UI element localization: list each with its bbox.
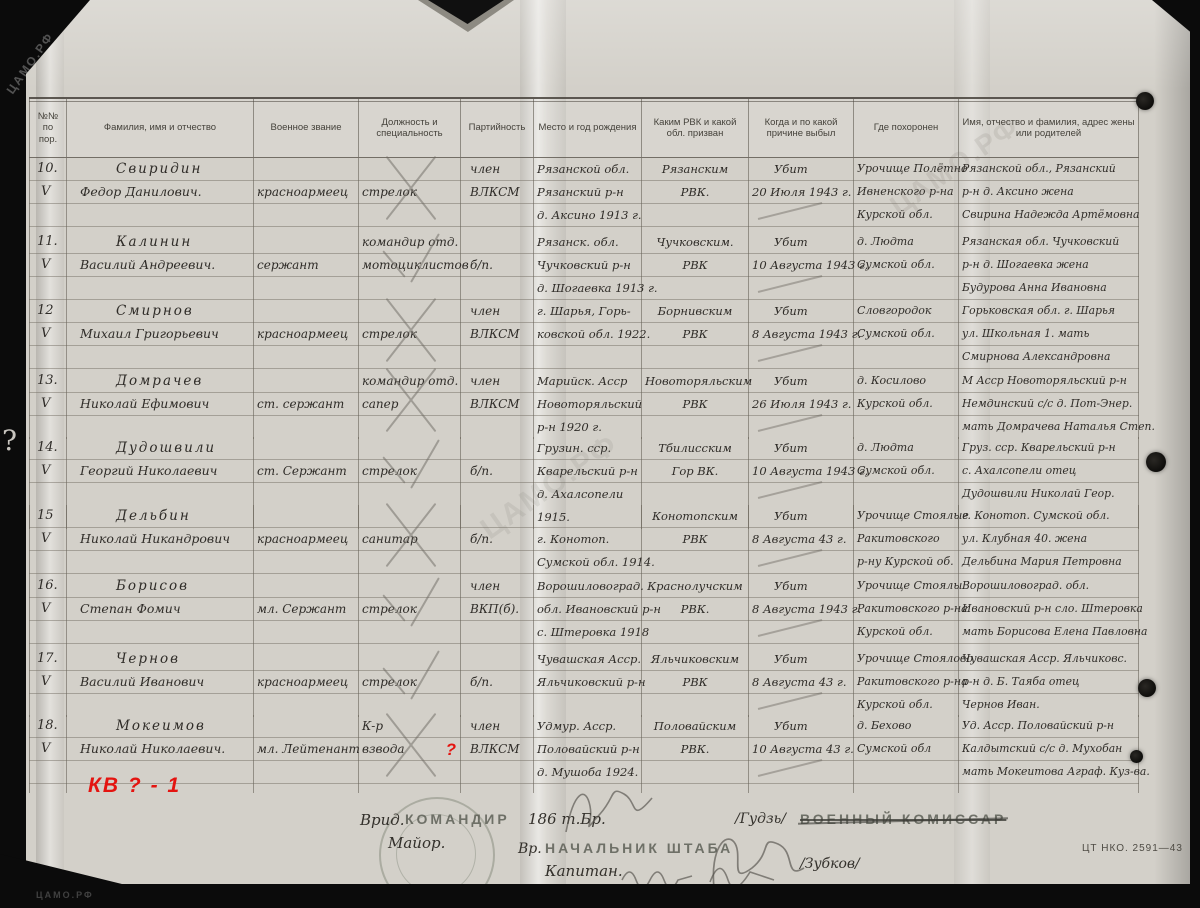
row-number-cell: 18.V [29,715,67,793]
birth-cell: г. Шарья, Горь-ковской обл. 1922. [534,300,642,370]
fate-text: Убит20 Июля 1943 г. [752,158,850,204]
duty-cell: командир отд.сапер [359,370,461,439]
punch-hole [1146,452,1166,472]
name-cell: ДомрачевНиколай Ефимович [67,370,254,439]
duty-text: командир отд.мотоциклистов [362,231,457,277]
duty-text: стрелок [362,437,457,483]
row-number-cell: 15V [29,505,67,575]
col-header-name: Фамилия, имя и отчество [67,99,254,157]
fate-cell: Убит26 Июля 1943 г. [749,370,854,439]
col-header-fate: Когда и по какой причине выбыл [749,99,854,157]
duty-text: стрелок [362,648,457,694]
col-header-duty: Должность и специальность [359,99,461,157]
party-cell: членВЛКСМ [461,158,534,231]
rank-cell: сержант [254,231,359,300]
rank-cell: красноармеец [254,648,359,717]
table-row: 13.V ДомрачевНиколай Ефимович ст. сержан… [29,370,1139,437]
pencil-flourish [758,414,822,431]
family-cell: Ворошиловоград. обл.Ивановский р-н сло. … [959,575,1139,648]
party-cell: членВЛКСМ [461,300,534,370]
family-cell: Рязанская обл. Чучковскийр-н д. Шогаевка… [959,231,1139,300]
pencil-flourish [758,481,822,498]
handwritten-vrid: Врид. [360,811,405,829]
name-cell: ЧерновВасилий Иванович [67,648,254,717]
duty-cell: командир отд.мотоциклистов [359,231,461,300]
duty-cell: стрелок [359,158,461,231]
form-number: ЦТ НКО. 2591—43 [1082,843,1183,854]
duty-cell: К-рвзвода ? [359,715,461,793]
family-cell: Горьковская обл. г. Шарьяул. Школьная 1.… [959,300,1139,370]
margin-question-mark: ? [2,424,17,457]
duty-text: стрелок [362,300,457,346]
fate-text: Убит8 Августа 43 г. [752,505,850,551]
buried-cell: Урочище ПолётноИвненского р-наКурской об… [854,158,959,231]
row-number-cell: 13.V [29,370,67,439]
col-header-number: №№ по пор. [29,99,67,157]
handwritten-vr: Вр. [518,841,542,857]
col-header-buried: Где похоронен [854,99,959,157]
rank-cell: красноармеец [254,300,359,370]
name-cell: СмирновМихаил Григорьевич [67,300,254,370]
punch-hole [1136,92,1154,110]
row-number-cell: 12V [29,300,67,370]
family-cell: Чувашская Асср. Яльчиковс.р-н д. Б. Таяб… [959,648,1139,717]
table-row: 12V СмирновМихаил Григорьевич красноарме… [29,300,1139,370]
fate-text: Убит10 Августа 1943 г. [752,231,850,277]
fate-cell: Убит8 Августа 43 г. [749,505,854,575]
family-cell: г. Конотоп. Сумской обл.ул. Клубная 40. … [959,505,1139,575]
punch-hole [1138,679,1156,697]
red-question-mark: ? [446,740,456,760]
rvk-cell: Чучковским.РВК [642,231,749,300]
table-row: 15V ДельбинНиколай Никандрович красноарм… [29,505,1139,575]
duty-cell: санитар [359,505,461,575]
table-row: 16.V БорисовСтепан Фомич мл. Сержант стр… [29,575,1139,648]
pencil-flourish [758,549,822,566]
duty-cell: стрелок [359,575,461,648]
fate-text: Убит8 Августа 1943 г. [752,575,850,621]
buried-cell: Урочище СтоялыеРакитовскогор-ну Курской … [854,505,959,575]
rank-cell: красноармеец [254,158,359,231]
col-header-party: Партийность [461,99,534,157]
fate-cell: Убит10 Августа 43 г. [749,715,854,793]
row-number-cell: 17.V [29,648,67,717]
rank-cell: ст. сержант [254,370,359,439]
party-cell: членВЛКСМ [461,370,534,439]
casualty-table: №№ по пор. Фамилия, имя и отчество Военн… [29,97,1139,793]
party-cell: б/п. [461,505,534,575]
fate-cell: Убит10 Августа 1943 г. [749,231,854,300]
pencil-flourish [758,759,822,776]
col-header-birth: Место и год рождения [534,99,642,157]
fate-cell: Убит8 Августа 43 г. [749,648,854,717]
party-cell: б/п. [461,231,534,300]
scan-border-bottom [0,884,1200,908]
birth-cell: Рязанской обл.Рязанский р-нд. Аксино 191… [534,158,642,231]
row-number-cell: 16.V [29,575,67,648]
scan-border-right [1191,0,1200,908]
rank-cell: мл. Лейтенант [254,715,359,793]
fate-cell: Убит8 Августа 1943 г. [749,300,854,370]
buried-cell: Урочище СтояловоРакитовского р-наКурской… [854,648,959,717]
red-annotation: КВ ? - 1 [88,774,181,798]
duty-text: стрелок [362,575,457,621]
party-cell: членВЛКСМ [461,715,534,793]
pencil-flourish [758,344,822,361]
paper-light-band [26,0,1190,90]
name-cell: СвиридинФедор Данилович. [67,158,254,231]
name-cell: КалининВасилий Андреевич. [67,231,254,300]
col-header-family: Имя, отчество и фамилия, адрес жены или … [959,99,1139,157]
birth-cell: Ворошиловоград.обл. Ивановский р-нс. Ште… [534,575,642,648]
rvk-cell: КонотопскимРВК [642,505,749,575]
table-row: 17.V ЧерновВасилий Иванович красноармеец… [29,648,1139,715]
col-header-rank: Военное звание [254,99,359,157]
paper-edge-shadow [1154,0,1190,888]
name-cell: БорисовСтепан Фомич [67,575,254,648]
buried-cell: СловгородокСумской обл. [854,300,959,370]
family-cell: М Асср Новоторяльский р-нНемдинский с/с … [959,370,1139,439]
rvk-cell: ЯльчиковскимРВК [642,648,749,717]
row-number-cell: 11.V [29,231,67,300]
signature-name-gudz: /Гудзь/ [735,811,786,827]
buried-cell: д. КосиловоКурской обл. [854,370,959,439]
pencil-flourish [758,275,822,292]
duty-cell: стрелок [359,300,461,370]
buried-cell: Урочище СтоялыРакитовского р-наКурской о… [854,575,959,648]
birth-cell: Чувашская Асср.Яльчиковский р-н [534,648,642,717]
duty-text: К-рвзвода [362,715,457,761]
rvk-cell: НовоторяльскимРВК [642,370,749,439]
table-row: 10.V СвиридинФедор Данилович. красноарме… [29,158,1139,231]
duty-text: стрелок [362,158,457,204]
family-cell: Рязанской обл., Рязанскийр-н д. Аксино ж… [959,158,1139,231]
rvk-cell: КраснолучскимРВК. [642,575,749,648]
fate-text: Убит10 Августа 43 г. [752,715,850,761]
buried-cell: д. БеховоСумской обл [854,715,959,793]
fate-text: Убит10 Августа 1943 г. [752,437,850,483]
party-cell: б/п. [461,648,534,717]
pencil-flourish [758,202,822,219]
fate-text: Убит26 Июля 1943 г. [752,370,850,416]
table-body: 10.V СвиридинФедор Данилович. красноарме… [29,158,1139,793]
table-row: 11.V КалининВасилий Андреевич. сержант к… [29,231,1139,300]
row-number-cell: 10.V [29,158,67,231]
buried-cell: д. ЛюдтаСумской обл. [854,231,959,300]
birth-cell: Марийск. АссрНовоторяльскийр-н 1920 г. [534,370,642,439]
fate-cell: Убит8 Августа 1943 г. [749,575,854,648]
rank-cell: красноармеец [254,505,359,575]
scanned-document-page: №№ по пор. Фамилия, имя и отчество Военн… [0,0,1200,908]
col-header-rvk: Каким РВК и какой обл. призван [642,99,749,157]
printed-commander: КОМАНДИР [405,811,510,827]
party-cell: членВКП(б). [461,575,534,648]
table-header-row: №№ по пор. Фамилия, имя и отчество Военн… [29,97,1139,158]
rank-cell: мл. Сержант [254,575,359,648]
birth-cell: г. Конотоп.Сумской обл. 1914. [534,505,642,575]
birth-cell: Рязанск. обл.Чучковский р-нд. Шогаевка 1… [534,231,642,300]
rvk-cell: РязанскимРВК. [642,158,749,231]
duty-text: санитар [362,505,457,551]
fate-text: Убит8 Августа 1943 г. [752,300,850,346]
rvk-cell: БорнивскимРВК [642,300,749,370]
signature-scribble [560,780,660,842]
duty-text: командир отд.сапер [362,370,457,416]
pencil-flourish [758,619,822,636]
handwritten-captain: Капитан. [545,862,623,880]
fate-cell: Убит20 Июля 1943 г. [749,158,854,231]
duty-cell: стрелок [359,648,461,717]
family-cell: Уд. Асср. Половайский р-нКалдытский с/с … [959,715,1139,793]
pencil-flourish [758,692,822,709]
fate-text: Убит8 Августа 43 г. [752,648,850,694]
punch-hole [1130,750,1143,763]
handwritten-major: Майор. [388,834,445,852]
name-cell: ДельбинНиколай Никандрович [67,505,254,575]
printed-military-commissar-crossed: ВОЕННЫЙ КОМИССАР [800,811,1006,827]
table-row: 14.V ДудошвилиГеоргий Николаевич ст. Сер… [29,437,1139,505]
